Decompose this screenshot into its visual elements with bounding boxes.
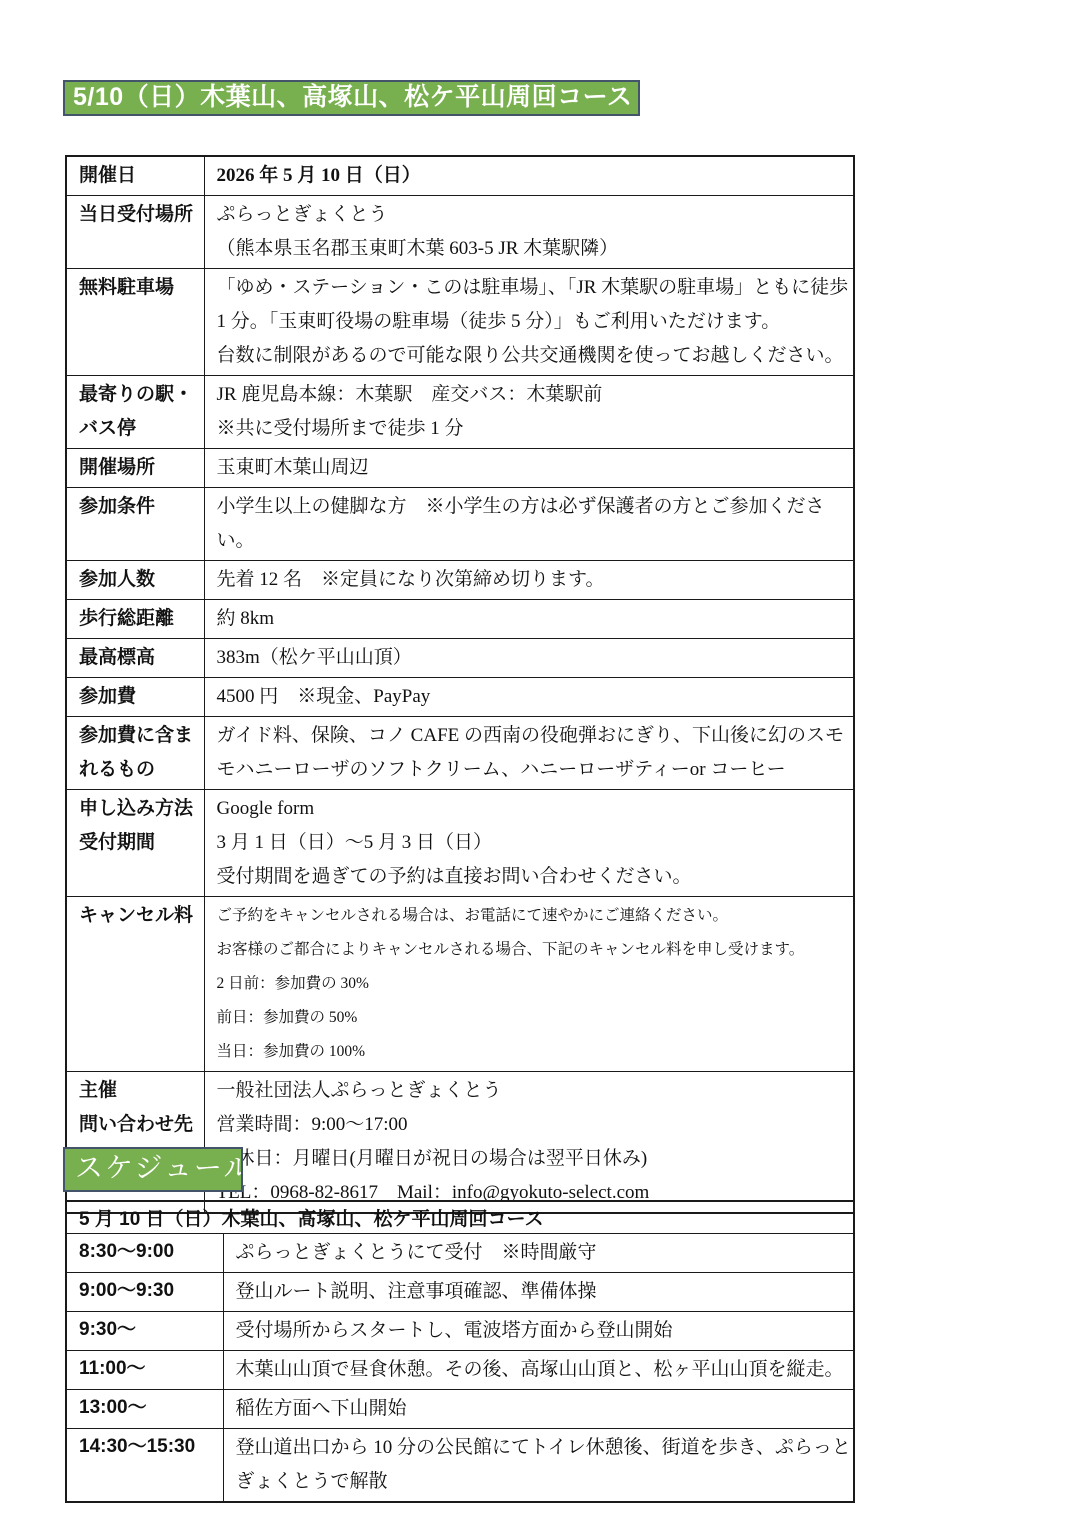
info-row-content: 先着 12 名 ※定員になり次第締め切ります。 (204, 561, 854, 600)
info-row-label: 開催日 (66, 156, 204, 196)
info-content-line: JR 鹿児島本線：木葉駅 産交バス：木葉駅前 (217, 378, 846, 412)
info-table-row: 参加条件小学生以上の健脚な方 ※小学生の方は必ず保護者の方とご参加ください。 (66, 488, 854, 561)
schedule-row: 9:00〜9:30登山ルート説明、注意事項確認、準備体操 (66, 1273, 854, 1312)
info-content-line: モハニーローザのソフトクリーム、ハニーローザティーor コーヒー (217, 753, 846, 787)
info-content-line: 2026 年 5 月 10 日（日） (217, 159, 846, 193)
info-table-row: 申し込み方法受付期間Google form3 月 1 日（日）〜5 月 3 日（… (66, 790, 854, 897)
info-row-content: Google form3 月 1 日（日）〜5 月 3 日（日）受付期間を過ぎて… (204, 790, 854, 897)
schedule-section-banner: スケジュール (63, 1147, 243, 1192)
info-row-content: ガイド料、保険、コノ CAFE の西南の役砲弾おにぎり、下山後に幻のスモモハニー… (204, 717, 854, 790)
info-label-line: 無料駐車場 (79, 271, 196, 305)
schedule-row: 11:00〜木葉山山頂で昼食休憩。その後、高塚山山頂と、松ヶ平山山頂を縦走。 (66, 1351, 854, 1390)
info-content-line: お客様のご都合によりキャンセルされる場合、下記のキャンセル料を申し受けます。 (217, 933, 846, 967)
schedule-row: 14:30〜15:30登山道出口から 10 分の公民館にてトイレ休憩後、街道を歩… (66, 1429, 854, 1503)
schedule-activity-line: 登山道出口から 10 分の公民館にてトイレ休憩後、街道を歩き、ぷらっと (236, 1431, 846, 1465)
schedule-activity: 登山ルート説明、注意事項確認、準備体操 (223, 1273, 854, 1312)
schedule-time: 8:30〜9:00 (66, 1234, 223, 1273)
info-content-line: （熊本県玉名郡玉東町木葉 603-5 JR 木葉駅隣） (217, 232, 846, 266)
info-label-line: 最寄りの駅・ (79, 378, 196, 412)
info-row-content: JR 鹿児島本線：木葉駅 産交バス：木葉駅前※共に受付場所まで徒歩 1 分 (204, 376, 854, 449)
schedule-activity-line: ぎょくとうで解散 (236, 1465, 846, 1499)
info-label-line: 開催場所 (79, 451, 196, 485)
info-label-line: 参加費 (79, 680, 196, 714)
info-table-row: 無料駐車場「ゆめ・ステーション・このは駐車場」、「JR 木葉駅の駐車場」ともに徒… (66, 269, 854, 376)
schedule-activity: ぷらっとぎょくとうにて受付 ※時間厳守 (223, 1234, 854, 1273)
info-row-label: 参加費に含まれるもの (66, 717, 204, 790)
schedule-row: 13:00〜稲佐方面へ下山開始 (66, 1390, 854, 1429)
info-label-line: 最高標高 (79, 641, 196, 675)
info-content-line: ご予約をキャンセルされる場合は、お電話にて速やかにご連絡ください。 (217, 899, 846, 933)
info-content-line: 4500 円 ※現金、PayPay (217, 680, 846, 714)
schedule-activity: 登山道出口から 10 分の公民館にてトイレ休憩後、街道を歩き、ぷらっとぎょくとう… (223, 1429, 854, 1503)
info-row-content: 約 8km (204, 600, 854, 639)
schedule-time: 13:00〜 (66, 1390, 223, 1429)
info-label-line: キャンセル料 (79, 899, 196, 933)
info-label-line: 主催 (79, 1074, 196, 1108)
info-row-content: ぷらっとぎょくとう（熊本県玉名郡玉東町木葉 603-5 JR 木葉駅隣） (204, 196, 854, 269)
info-content-line: 玉東町木葉山周辺 (217, 451, 846, 485)
schedule-row: 8:30〜9:00ぷらっとぎょくとうにて受付 ※時間厳守 (66, 1234, 854, 1273)
schedule-activity-line: 登山ルート説明、注意事項確認、準備体操 (236, 1275, 846, 1309)
info-row-label: 開催場所 (66, 449, 204, 488)
info-table-row: 参加費4500 円 ※現金、PayPay (66, 678, 854, 717)
info-row-label: 無料駐車場 (66, 269, 204, 376)
info-content-line: 受付期間を過ぎての予約は直接お問い合わせください。 (217, 860, 846, 894)
info-content-line: 先着 12 名 ※定員になり次第締め切ります。 (217, 563, 846, 597)
info-label-line: 問い合わせ先 (79, 1108, 196, 1142)
info-table-row: 最寄りの駅・バス停JR 鹿児島本線：木葉駅 産交バス：木葉駅前※共に受付場所まで… (66, 376, 854, 449)
info-row-content: ご予約をキャンセルされる場合は、お電話にて速やかにご連絡ください。お客様のご都合… (204, 897, 854, 1072)
info-row-content: 玉東町木葉山周辺 (204, 449, 854, 488)
info-label-line: 参加条件 (79, 490, 196, 524)
info-row-label: 参加費 (66, 678, 204, 717)
info-table-row: 開催日2026 年 5 月 10 日（日） (66, 156, 854, 196)
schedule-activity-line: 木葉山山頂で昼食休憩。その後、高塚山山頂と、松ヶ平山山頂を縦走。 (236, 1353, 846, 1387)
schedule-activity: 稲佐方面へ下山開始 (223, 1390, 854, 1429)
schedule-activity-line: 受付場所からスタートし、電波塔方面から登山開始 (236, 1314, 846, 1348)
info-row-content: 小学生以上の健脚な方 ※小学生の方は必ず保護者の方とご参加ください。 (204, 488, 854, 561)
schedule-activity: 受付場所からスタートし、電波塔方面から登山開始 (223, 1312, 854, 1351)
info-content-line: 当日：参加費の 100% (217, 1035, 846, 1069)
info-label-line: 当日受付場所 (79, 198, 196, 232)
info-content-line: ※共に受付場所まで徒歩 1 分 (217, 412, 846, 446)
info-content-line: 前日：参加費の 50% (217, 1001, 846, 1035)
info-table-row: 開催場所玉東町木葉山周辺 (66, 449, 854, 488)
info-content-line: 定休日：月曜日(月曜日が祝日の場合は翌平日休み) (217, 1142, 846, 1176)
info-content-line: 約 8km (217, 602, 846, 636)
info-row-content: 4500 円 ※現金、PayPay (204, 678, 854, 717)
info-content-line: ぷらっとぎょくとう (217, 198, 846, 232)
info-content-line: 2 日前：参加費の 30% (217, 967, 846, 1001)
schedule-time: 14:30〜15:30 (66, 1429, 223, 1503)
info-row-label: 歩行総距離 (66, 600, 204, 639)
schedule-time: 11:00〜 (66, 1351, 223, 1390)
info-content-line: 台数に制限があるので可能な限り公共交通機関を使ってお越しください。 (217, 339, 846, 373)
info-table-row: 参加費に含まれるものガイド料、保険、コノ CAFE の西南の役砲弾おにぎり、下山… (66, 717, 854, 790)
schedule-activity-line: ぷらっとぎょくとうにて受付 ※時間厳守 (236, 1236, 846, 1270)
info-row-label: 最高標高 (66, 639, 204, 678)
course-title-banner: 5/10（日）木葉山、高塚山、松ケ平山周回コース (63, 80, 640, 116)
info-label-line: 申し込み方法 (79, 792, 196, 826)
info-label-line: 参加人数 (79, 563, 196, 597)
info-row-label: 最寄りの駅・バス停 (66, 376, 204, 449)
info-row-label: 当日受付場所 (66, 196, 204, 269)
info-content-line: ガイド料、保険、コノ CAFE の西南の役砲弾おにぎり、下山後に幻のスモ (217, 719, 846, 753)
schedule-time: 9:00〜9:30 (66, 1273, 223, 1312)
info-content-line: 営業時間：9:00〜17:00 (217, 1108, 846, 1142)
info-row-label: キャンセル料 (66, 897, 204, 1072)
info-label-line: 歩行総距離 (79, 602, 196, 636)
info-row-content: 383m（松ケ平山山頂） (204, 639, 854, 678)
info-label-line: 開催日 (79, 159, 196, 193)
schedule-header-cell: 5 月 10 日（日）木葉山、髙塚山、松ケ平山周回コース (66, 1201, 854, 1234)
info-table-row: 歩行総距離約 8km (66, 600, 854, 639)
info-content-line: 3 月 1 日（日）〜5 月 3 日（日） (217, 826, 846, 860)
info-content-line: 一般社団法人ぷらっとぎょくとう (217, 1074, 846, 1108)
schedule-time: 9:30〜 (66, 1312, 223, 1351)
info-content-line: い。 (217, 524, 846, 558)
event-info-table: 開催日2026 年 5 月 10 日（日）当日受付場所ぷらっとぎょくとう（熊本県… (65, 155, 855, 1214)
document-page: 5/10（日）木葉山、高塚山、松ケ平山周回コース 開催日2026 年 5 月 1… (0, 0, 1085, 1536)
info-content-line: 1 分。「玉東町役場の駐車場（徒歩 5 分）」もご利用いただけます。 (217, 305, 846, 339)
schedule-activity-line: 稲佐方面へ下山開始 (236, 1392, 846, 1426)
info-row-content: 2026 年 5 月 10 日（日） (204, 156, 854, 196)
schedule-table: 5 月 10 日（日）木葉山、髙塚山、松ケ平山周回コース8:30〜9:00ぷらっ… (65, 1200, 855, 1503)
info-label-line: れるもの (79, 753, 196, 787)
info-table-row: キャンセル料ご予約をキャンセルされる場合は、お電話にて速やかにご連絡ください。お… (66, 897, 854, 1072)
info-content-line: 小学生以上の健脚な方 ※小学生の方は必ず保護者の方とご参加くださ (217, 490, 846, 524)
info-row-label: 参加条件 (66, 488, 204, 561)
info-label-line: 参加費に含ま (79, 719, 196, 753)
schedule-row: 9:30〜受付場所からスタートし、電波塔方面から登山開始 (66, 1312, 854, 1351)
info-table-row: 最高標高383m（松ケ平山山頂） (66, 639, 854, 678)
info-label-line: 受付期間 (79, 826, 196, 860)
info-table-row: 参加人数先着 12 名 ※定員になり次第締め切ります。 (66, 561, 854, 600)
info-table-row: 当日受付場所ぷらっとぎょくとう（熊本県玉名郡玉東町木葉 603-5 JR 木葉駅… (66, 196, 854, 269)
info-row-label: 申し込み方法受付期間 (66, 790, 204, 897)
schedule-activity: 木葉山山頂で昼食休憩。その後、高塚山山頂と、松ヶ平山山頂を縦走。 (223, 1351, 854, 1390)
info-content-line: 383m（松ケ平山山頂） (217, 641, 846, 675)
info-row-content: 一般社団法人ぷらっとぎょくとう営業時間：9:00〜17:00定休日：月曜日(月曜… (204, 1072, 854, 1214)
schedule-header-row: 5 月 10 日（日）木葉山、髙塚山、松ケ平山周回コース (66, 1201, 854, 1234)
info-content-line: Google form (217, 792, 846, 826)
info-row-content: 「ゆめ・ステーション・このは駐車場」、「JR 木葉駅の駐車場」ともに徒歩1 分。… (204, 269, 854, 376)
info-content-line: 「ゆめ・ステーション・このは駐車場」、「JR 木葉駅の駐車場」ともに徒歩 (217, 271, 846, 305)
info-label-line: バス停 (79, 412, 196, 446)
info-row-label: 参加人数 (66, 561, 204, 600)
